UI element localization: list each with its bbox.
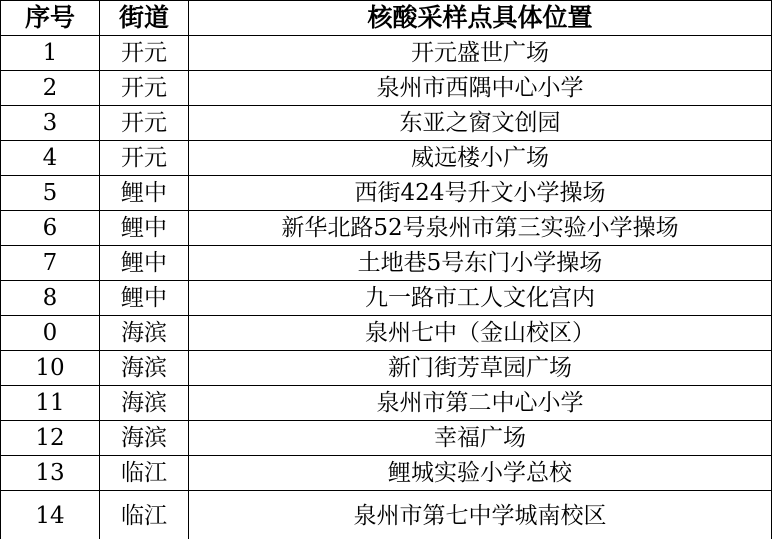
table-row: 11 海滨 泉州市第二中心小学 [1,386,772,421]
cell-street: 临江 [100,456,189,491]
cell-serial-number: 13 [1,456,100,491]
cell-street: 海滨 [100,421,189,456]
cell-serial-number: 8 [1,281,100,316]
cell-location: 鲤城实验小学总校 [189,456,772,491]
cell-serial-number: 5 [1,176,100,211]
cell-location: 西街424号升文小学操场 [189,176,772,211]
cell-serial-number: 3 [1,106,100,141]
cell-serial-number: 11 [1,386,100,421]
table-row: 14 临江 泉州市第七中学城南校区 [1,491,772,539]
sampling-sites-table: 序号 街道 核酸采样点具体位置 1 开元 开元盛世广场 2 开元 泉州市西隅中心… [0,0,772,539]
cell-street: 开元 [100,71,189,106]
header-street: 街道 [100,1,189,36]
cell-location: 开元盛世广场 [189,36,772,71]
cell-serial-number: 0 [1,316,100,351]
cell-street: 开元 [100,36,189,71]
cell-street: 海滨 [100,386,189,421]
cell-street: 鲤中 [100,176,189,211]
cell-location: 威远楼小广场 [189,141,772,176]
cell-street: 海滨 [100,316,189,351]
cell-serial-number: 10 [1,351,100,386]
table-row: 5 鲤中 西街424号升文小学操场 [1,176,772,211]
cell-serial-number: 4 [1,141,100,176]
table-row: 4 开元 威远楼小广场 [1,141,772,176]
cell-street: 鲤中 [100,246,189,281]
cell-street: 开元 [100,141,189,176]
cell-street: 海滨 [100,351,189,386]
cell-street: 开元 [100,106,189,141]
cell-serial-number: 1 [1,36,100,71]
cell-location: 泉州市西隅中心小学 [189,71,772,106]
cell-serial-number: 12 [1,421,100,456]
table-row: 2 开元 泉州市西隅中心小学 [1,71,772,106]
header-row: 序号 街道 核酸采样点具体位置 [1,1,772,36]
cell-location: 幸福广场 [189,421,772,456]
table-row: 10 海滨 新门街芳草园广场 [1,351,772,386]
cell-location: 土地巷5号东门小学操场 [189,246,772,281]
cell-serial-number: 6 [1,211,100,246]
cell-location: 九一路市工人文化宫内 [189,281,772,316]
cell-location: 新门街芳草园广场 [189,351,772,386]
cell-serial-number: 14 [1,491,100,539]
table-row: 3 开元 东亚之窗文创园 [1,106,772,141]
table-row: 0 海滨 泉州七中（金山校区） [1,316,772,351]
cell-street: 临江 [100,491,189,539]
cell-location: 新华北路52号泉州市第三实验小学操场 [189,211,772,246]
cell-location: 泉州市第二中心小学 [189,386,772,421]
cell-street: 鲤中 [100,211,189,246]
table-row: 12 海滨 幸福广场 [1,421,772,456]
table-row: 8 鲤中 九一路市工人文化宫内 [1,281,772,316]
cell-street: 鲤中 [100,281,189,316]
cell-location: 泉州七中（金山校区） [189,316,772,351]
cell-location: 东亚之窗文创园 [189,106,772,141]
table-row: 13 临江 鲤城实验小学总校 [1,456,772,491]
header-location: 核酸采样点具体位置 [189,1,772,36]
header-serial-number: 序号 [1,1,100,36]
cell-serial-number: 2 [1,71,100,106]
table-row: 6 鲤中 新华北路52号泉州市第三实验小学操场 [1,211,772,246]
table-row: 7 鲤中 土地巷5号东门小学操场 [1,246,772,281]
cell-location: 泉州市第七中学城南校区 [189,491,772,539]
table-row: 1 开元 开元盛世广场 [1,36,772,71]
cell-serial-number: 7 [1,246,100,281]
